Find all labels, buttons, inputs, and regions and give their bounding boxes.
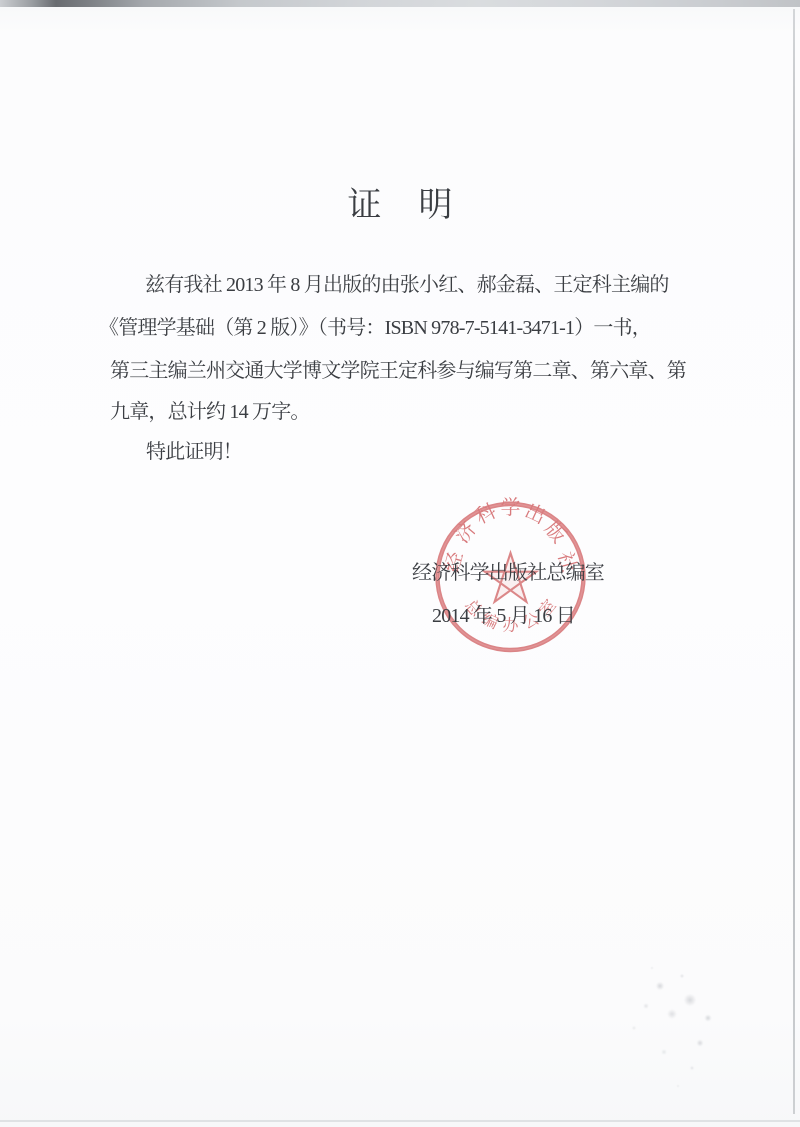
scan-top-edge-shadow [0, 0, 800, 7]
scan-right-edge-line [793, 9, 795, 1114]
date-line: 2014 年 5 月 16 日 [432, 604, 575, 628]
document-title: 证明 [0, 188, 800, 224]
stamp-arc-char: 学 [501, 496, 521, 519]
title-char: 证 [348, 188, 382, 224]
body-line: 《管理学基础（第 2 版）》（书号：ISBN 978-7-5141-3471-1… [99, 316, 651, 340]
scan-bottom-edge-line [0, 1120, 800, 1122]
title-char: 明 [419, 188, 453, 224]
scanned-document-page: 证明 兹有我社 2013 年 8 月出版的由张小红、郝金磊、王定科主编的 《管理… [0, 0, 800, 1127]
body-line: 兹有我社 2013 年 8 月出版的由张小红、郝金磊、王定科主编的 [145, 273, 669, 297]
signature-line: 经济科学出版社总编室 [412, 561, 604, 585]
closing-line: 特此证明！ [146, 440, 242, 464]
stamp-arc-char: 济 [450, 517, 480, 547]
scan-smudge-speckles [612, 948, 752, 1098]
body-line: 九章，总计约 14 万字。 [110, 400, 310, 424]
stamp-arc-char: 版 [540, 517, 570, 547]
body-line: 第三主编兰州交通大学博文学院王定科参与编写第二章、第六章、第 [110, 359, 686, 383]
